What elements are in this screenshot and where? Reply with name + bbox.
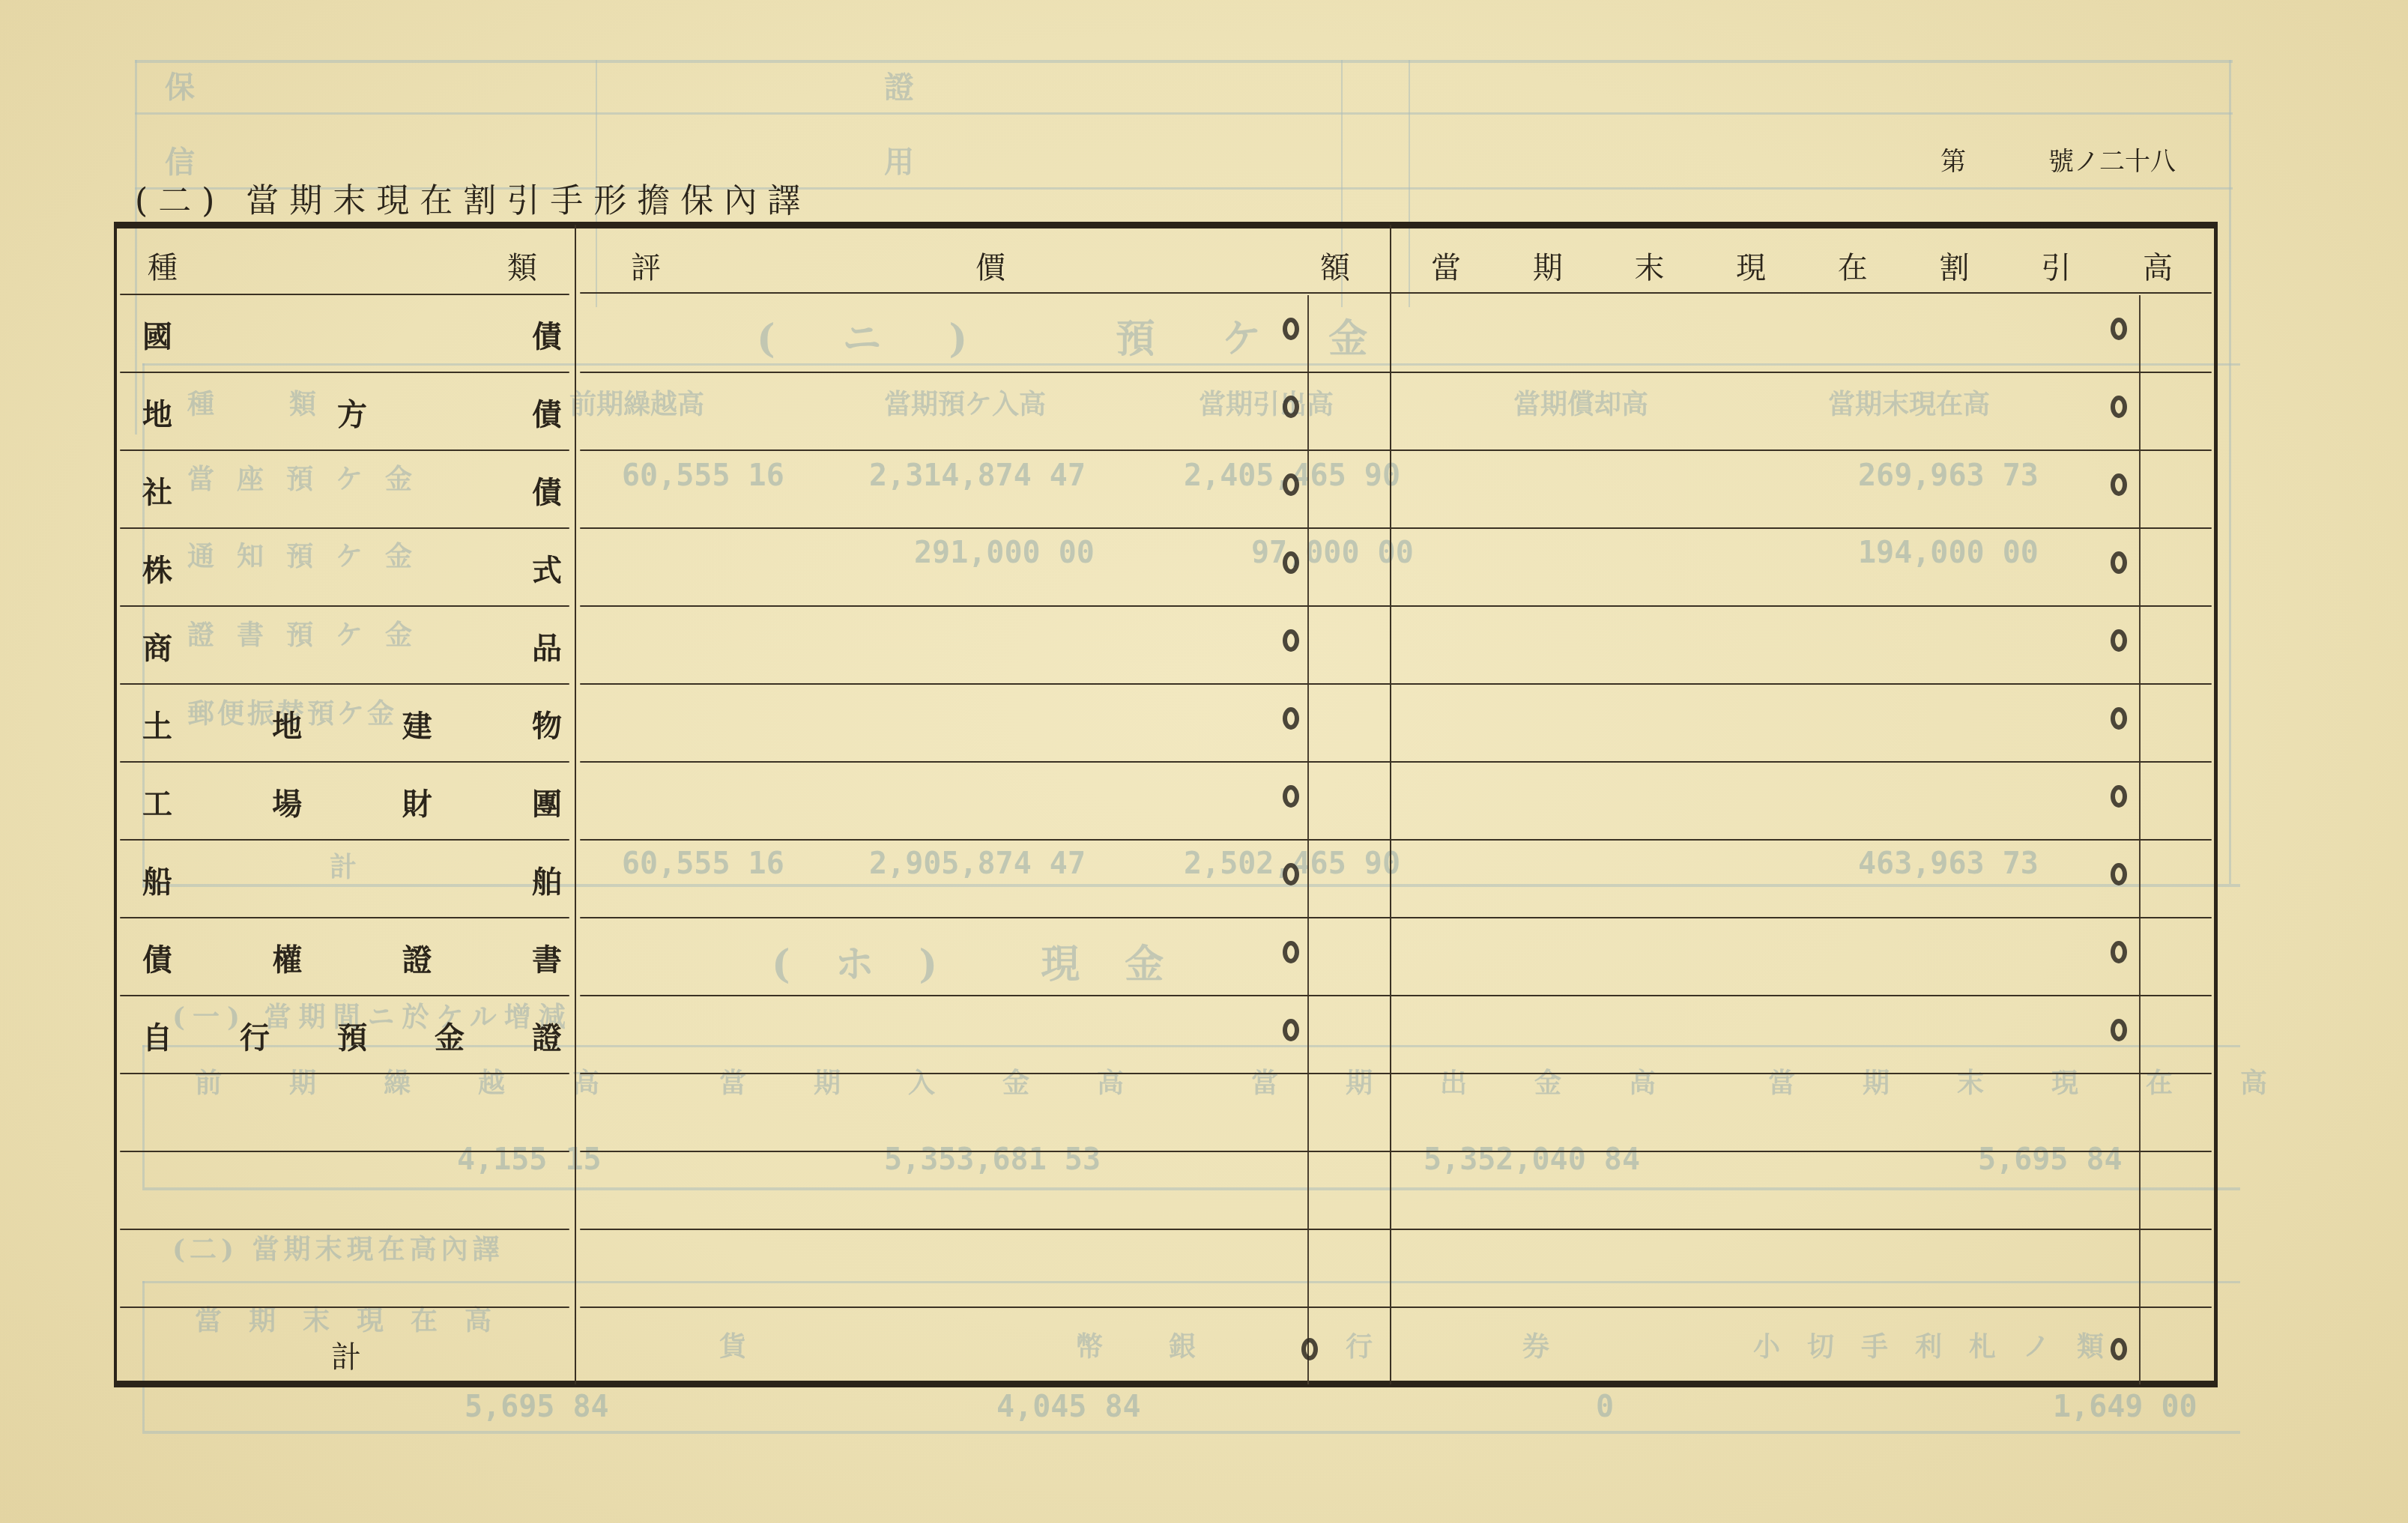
label-char: 預	[337, 1014, 367, 1057]
label-char: 債	[142, 936, 172, 979]
label-char: 品	[532, 625, 562, 667]
valuation-zero: 0	[1283, 551, 1299, 574]
label-char: 證	[532, 1014, 562, 1057]
label-char: 團	[532, 781, 562, 823]
header-discount-char: 高	[2143, 244, 2173, 287]
discount-zero: 0	[2111, 941, 2127, 963]
table-bottom-rule	[114, 1381, 2218, 1387]
header-discount-char: 當	[1431, 244, 1461, 287]
header-valuation-char: 額	[1320, 244, 1350, 287]
row-label-land-buildings: 土 地 建 物	[142, 686, 562, 761]
page-number-prefix: 第	[1940, 141, 1966, 178]
row-label-ships: 船 舶	[142, 842, 562, 917]
header-valuation-char: 評	[631, 244, 661, 287]
label-char: 證	[402, 936, 432, 979]
valuation-zero: 0	[1283, 707, 1299, 730]
col-divider-type	[575, 225, 576, 1384]
label-char: 舶	[532, 859, 562, 901]
header-discount-balance: 當 期 末 現 在 割 引 高	[1431, 234, 2173, 297]
header-type-char: 種	[148, 244, 178, 287]
col-divider-valuation	[1390, 225, 1391, 1384]
discount-collateral-table: 種 類 評 價 額 當 期 末 現 在 割 引 高 國 債 地	[114, 222, 2218, 1387]
row-label-corporate-bonds: 社 債	[142, 452, 562, 527]
table-right-border	[2214, 222, 2218, 1387]
row-label-own-deposit-certificates: 自 行 預 金 證	[142, 998, 562, 1073]
discount-zero: 0	[2111, 707, 2127, 730]
row-label-claim-certificates: 債 權 證 書	[142, 920, 562, 995]
header-valuation: 評 價 額	[631, 234, 1350, 297]
discount-zero: 0	[2111, 473, 2127, 496]
label-char: 行	[240, 1014, 270, 1057]
page-number: 第號ノ二十八	[1940, 141, 2176, 178]
row-label-factory-foundation: 工 場 財 團	[142, 764, 562, 839]
label-char: 工	[142, 781, 172, 823]
row-label-stocks: 株 式	[142, 530, 562, 605]
label-char: 社	[142, 469, 172, 512]
header-type: 種 類	[148, 234, 537, 297]
valuation-zero: 0	[1283, 396, 1299, 418]
label-char: 建	[402, 703, 432, 745]
bleed-cash-breakdown-value: 5,695 84	[465, 1390, 609, 1424]
bleed-cash-breakdown-value: 1,649 00	[2053, 1390, 2197, 1424]
valuation-zero: 0	[1283, 785, 1299, 808]
header-discount-char: 在	[1838, 244, 1868, 287]
bleed-cash-breakdown-value: 0	[1596, 1390, 1614, 1424]
valuation-zero: 0	[1283, 863, 1299, 885]
header-discount-char: 現	[1736, 244, 1766, 287]
discount-zero: 0	[2111, 785, 2127, 808]
label-char: 債	[532, 313, 562, 356]
discount-zero: 0	[2111, 318, 2127, 340]
label-char: 場	[272, 781, 302, 823]
page-number-value: 號ノ二十八	[2048, 141, 2176, 178]
discount-zero: 0	[2111, 1019, 2127, 1041]
row-label-total: 計	[331, 1333, 361, 1376]
table-left-border	[114, 222, 117, 1387]
label-char: 方	[337, 391, 367, 434]
label-char: 債	[532, 469, 562, 512]
discount-zero: 0	[2111, 863, 2127, 885]
valuation-total-zero: 0	[1301, 1338, 1318, 1360]
label-char: 地	[272, 703, 302, 745]
label-char: 國	[142, 313, 172, 356]
valuation-zero: 0	[1283, 473, 1299, 496]
label-char: 債	[532, 391, 562, 434]
label-char: 商	[142, 625, 172, 667]
label-char: 物	[532, 703, 562, 745]
label-char: 地	[142, 391, 172, 434]
table-top-rule	[114, 222, 2218, 228]
label-char: 株	[142, 547, 172, 590]
label-char: 金	[435, 1014, 465, 1057]
label-char: 財	[402, 781, 432, 823]
label-char: 書	[532, 936, 562, 979]
bleed-row-guarantee: 保 證	[165, 64, 1244, 106]
label-char: 權	[272, 936, 302, 979]
row-label-local-bonds: 地 方 債	[142, 375, 562, 449]
valuation-zero: 0	[1283, 629, 1299, 652]
discount-zero: 0	[2111, 629, 2127, 652]
row-label-national-bonds: 國 債	[142, 297, 562, 372]
valuation-zero: 0	[1283, 1019, 1299, 1041]
discount-total-zero: 0	[2111, 1338, 2127, 1360]
header-discount-char: 割	[1940, 244, 1970, 287]
valuation-zero: 0	[1283, 318, 1299, 340]
label-char: 土	[142, 703, 172, 745]
header-type-char: 類	[507, 244, 537, 287]
row-label-merchandise: 商 品	[142, 608, 562, 683]
valuation-zero: 0	[1283, 941, 1299, 963]
header-valuation-char: 價	[975, 244, 1005, 287]
discount-zero: 0	[2111, 396, 2127, 418]
header-discount-char: 末	[1634, 244, 1664, 287]
label-char: 自	[142, 1014, 172, 1057]
section-title: (二) 當期末現在割引手形擔保內譯	[135, 174, 811, 222]
header-discount-char: 引	[2041, 244, 2071, 287]
label-char: 式	[532, 547, 562, 590]
discount-zero: 0	[2111, 551, 2127, 574]
label-char: 船	[142, 859, 172, 901]
header-discount-char: 期	[1533, 244, 1563, 287]
bleed-cash-breakdown-value: 4,045 84	[996, 1390, 1141, 1424]
